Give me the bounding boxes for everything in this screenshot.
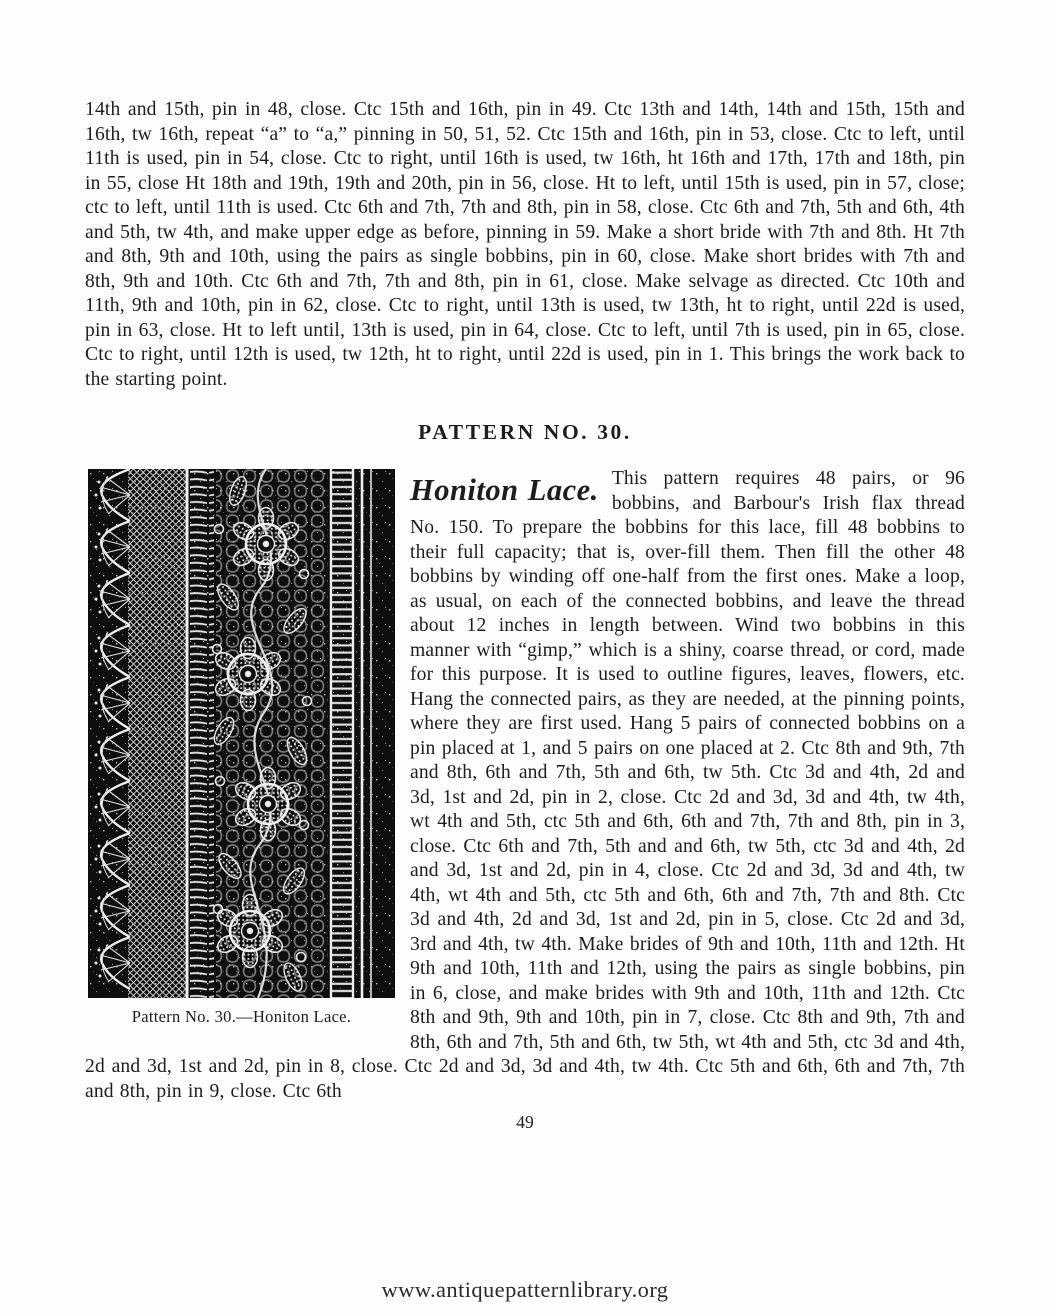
- book-page: 14th and 15th, pin in 48, close. Ctc 15t…: [0, 0, 1050, 1313]
- figure-caption: Pattern No. 30.—Honiton Lace.: [88, 1007, 395, 1027]
- instructions-continuation-paragraph: 14th and 15th, pin in 48, close. Ctc 15t…: [85, 98, 965, 392]
- footer-url[interactable]: www.antiquepatternlibrary.org: [0, 1277, 1050, 1303]
- honiton-section: Pattern No. 30.—Honiton Lace. Honiton La…: [85, 467, 965, 1104]
- honiton-lace-photo: [88, 469, 395, 998]
- lace-figure: Pattern No. 30.—Honiton Lace.: [88, 469, 395, 1027]
- honiton-title: Honiton Lace.: [410, 467, 612, 513]
- page-number: 49: [85, 1112, 965, 1133]
- pattern-heading: PATTERN NO. 30.: [85, 420, 965, 445]
